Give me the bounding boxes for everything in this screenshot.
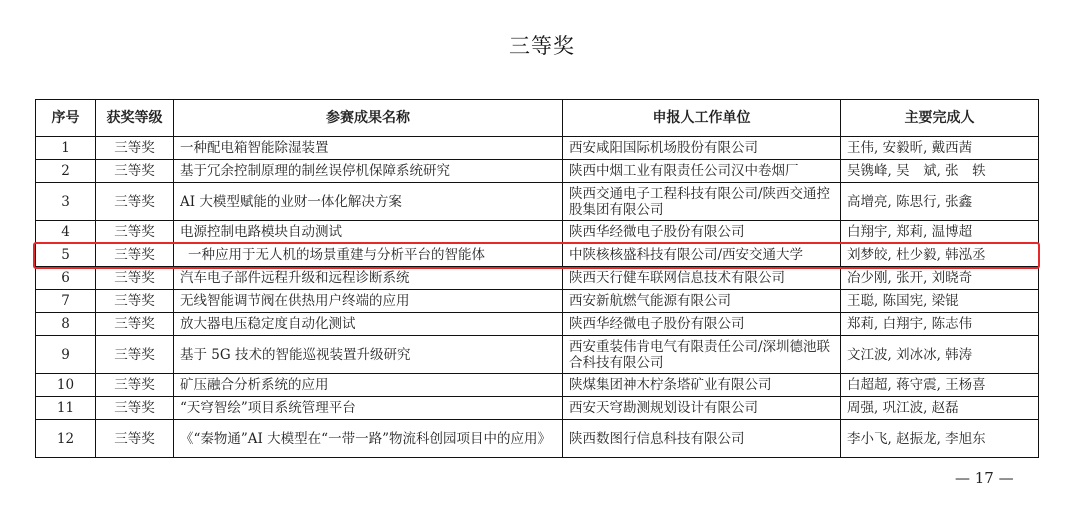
cell-no: 3 bbox=[36, 183, 96, 221]
cell-no: 5 bbox=[36, 244, 96, 267]
cell-unit: 西安咸阳国际机场股份有限公司 bbox=[563, 137, 841, 160]
table-row: 2 三等奖 基于冗余控制原理的制丝误停机保障系统研究 陕西中烟工业有限责任公司汉… bbox=[36, 160, 1039, 183]
cell-level: 三等奖 bbox=[96, 221, 174, 244]
cell-no: 9 bbox=[36, 336, 96, 374]
cell-no: 4 bbox=[36, 221, 96, 244]
cell-no: 1 bbox=[36, 137, 96, 160]
cell-name: 一种配电箱智能除湿装置 bbox=[174, 137, 563, 160]
cell-name: 电源控制电路模块自动测试 bbox=[174, 221, 563, 244]
cell-name: AI 大模型赋能的业财一体化解决方案 bbox=[174, 183, 563, 221]
cell-level: 三等奖 bbox=[96, 290, 174, 313]
cell-unit: 陕西交通电子工程科技有限公司/陕西交通控股集团有限公司 bbox=[563, 183, 841, 221]
cell-people: 冶少刚, 张开, 刘晓奇 bbox=[841, 267, 1039, 290]
header-unit: 申报人工作单位 bbox=[563, 100, 841, 137]
cell-unit: 西安重装伟肯电气有限责任公司/深圳德池联合科技有限公司 bbox=[563, 336, 841, 374]
cell-unit: 陕西华经微电子股份有限公司 bbox=[563, 221, 841, 244]
cell-people: 白翔宇, 郑莉, 温博超 bbox=[841, 221, 1039, 244]
cell-name: 放大器电压稳定度自动化测试 bbox=[174, 313, 563, 336]
page-title: 三等奖 bbox=[0, 30, 1084, 60]
cell-people: 刘梦皎, 杜少毅, 韩泓丞 bbox=[841, 244, 1039, 267]
cell-level: 三等奖 bbox=[96, 313, 174, 336]
cell-no: 6 bbox=[36, 267, 96, 290]
cell-name: 《“秦物通”AI 大模型在“一带一路”物流科创园项目中的应用》 bbox=[174, 420, 563, 458]
cell-people: 李小飞, 赵振龙, 李旭东 bbox=[841, 420, 1039, 458]
cell-people: 文江波, 刘冰冰, 韩涛 bbox=[841, 336, 1039, 374]
cell-no: 12 bbox=[36, 420, 96, 458]
cell-people: 白超超, 蒋守震, 王杨喜 bbox=[841, 374, 1039, 397]
cell-name: 无线智能调节阀在供热用户终端的应用 bbox=[174, 290, 563, 313]
header-no: 序号 bbox=[36, 100, 96, 137]
table-row: 8 三等奖 放大器电压稳定度自动化测试 陕西华经微电子股份有限公司 郑莉, 白翔… bbox=[36, 313, 1039, 336]
table-row: 6 三等奖 汽车电子部件远程升级和远程诊断系统 陕西天行健车联网信息技术有限公司… bbox=[36, 267, 1039, 290]
cell-no: 2 bbox=[36, 160, 96, 183]
cell-unit: 中陕核核盛科技有限公司/西安交通大学 bbox=[563, 244, 841, 267]
cell-level: 三等奖 bbox=[96, 336, 174, 374]
cell-no: 11 bbox=[36, 397, 96, 420]
cell-name: 基于 5G 技术的智能巡视装置升级研究 bbox=[174, 336, 563, 374]
cell-people: 周强, 巩江波, 赵磊 bbox=[841, 397, 1039, 420]
table-row: 4 三等奖 电源控制电路模块自动测试 陕西华经微电子股份有限公司 白翔宇, 郑莉… bbox=[36, 221, 1039, 244]
awards-table: 序号 获奖等级 参赛成果名称 申报人工作单位 主要完成人 1 三等奖 一种配电箱… bbox=[35, 99, 1039, 458]
cell-level: 三等奖 bbox=[96, 397, 174, 420]
table-row: 10 三等奖 矿压融合分析系统的应用 陕煤集团神木柠条塔矿业有限公司 白超超, … bbox=[36, 374, 1039, 397]
cell-level: 三等奖 bbox=[96, 160, 174, 183]
table-row: 7 三等奖 无线智能调节阀在供热用户终端的应用 西安新航燃气能源有限公司 王聪,… bbox=[36, 290, 1039, 313]
cell-no: 8 bbox=[36, 313, 96, 336]
cell-name: 一种应用于无人机的场景重建与分析平台的智能体 bbox=[174, 244, 563, 267]
cell-level: 三等奖 bbox=[96, 137, 174, 160]
table-row: 9 三等奖 基于 5G 技术的智能巡视装置升级研究 西安重装伟肯电气有限责任公司… bbox=[36, 336, 1039, 374]
cell-name: 汽车电子部件远程升级和远程诊断系统 bbox=[174, 267, 563, 290]
cell-level: 三等奖 bbox=[96, 420, 174, 458]
cell-people: 王聪, 陈国宪, 梁锟 bbox=[841, 290, 1039, 313]
header-people: 主要完成人 bbox=[841, 100, 1039, 137]
cell-level: 三等奖 bbox=[96, 183, 174, 221]
cell-name: “天穹智绘”项目系统管理平台 bbox=[174, 397, 563, 420]
cell-unit: 陕煤集团神木柠条塔矿业有限公司 bbox=[563, 374, 841, 397]
table-row: 12 三等奖 《“秦物通”AI 大模型在“一带一路”物流科创园项目中的应用》 陕… bbox=[36, 420, 1039, 458]
table-row: 1 三等奖 一种配电箱智能除湿装置 西安咸阳国际机场股份有限公司 王伟, 安毅昕… bbox=[36, 137, 1039, 160]
cell-unit: 陕西中烟工业有限责任公司汉中卷烟厂 bbox=[563, 160, 841, 183]
cell-no: 10 bbox=[36, 374, 96, 397]
header-level: 获奖等级 bbox=[96, 100, 174, 137]
cell-people: 高增亮, 陈思行, 张鑫 bbox=[841, 183, 1039, 221]
cell-people: 王伟, 安毅昕, 戴西茜 bbox=[841, 137, 1039, 160]
table-row: 11 三等奖 “天穹智绘”项目系统管理平台 西安天穹勘测规划设计有限公司 周强,… bbox=[36, 397, 1039, 420]
cell-name: 基于冗余控制原理的制丝误停机保障系统研究 bbox=[174, 160, 563, 183]
cell-no: 7 bbox=[36, 290, 96, 313]
cell-unit: 陕西数图行信息科技有限公司 bbox=[563, 420, 841, 458]
table-row: 3 三等奖 AI 大模型赋能的业财一体化解决方案 陕西交通电子工程科技有限公司/… bbox=[36, 183, 1039, 221]
page-number: — 17 — bbox=[955, 469, 1014, 487]
cell-people: 郑莉, 白翔宇, 陈志伟 bbox=[841, 313, 1039, 336]
cell-level: 三等奖 bbox=[96, 267, 174, 290]
table-header-row: 序号 获奖等级 参赛成果名称 申报人工作单位 主要完成人 bbox=[36, 100, 1039, 137]
cell-unit: 陕西天行健车联网信息技术有限公司 bbox=[563, 267, 841, 290]
header-name: 参赛成果名称 bbox=[174, 100, 563, 137]
cell-people: 吴镌峰, 吴 斌, 张 轶 bbox=[841, 160, 1039, 183]
cell-name: 矿压融合分析系统的应用 bbox=[174, 374, 563, 397]
table-row-highlighted: 5 三等奖 一种应用于无人机的场景重建与分析平台的智能体 中陕核核盛科技有限公司… bbox=[36, 244, 1039, 267]
cell-level: 三等奖 bbox=[96, 244, 174, 267]
cell-unit: 陕西华经微电子股份有限公司 bbox=[563, 313, 841, 336]
cell-unit: 西安天穹勘测规划设计有限公司 bbox=[563, 397, 841, 420]
cell-level: 三等奖 bbox=[96, 374, 174, 397]
cell-unit: 西安新航燃气能源有限公司 bbox=[563, 290, 841, 313]
